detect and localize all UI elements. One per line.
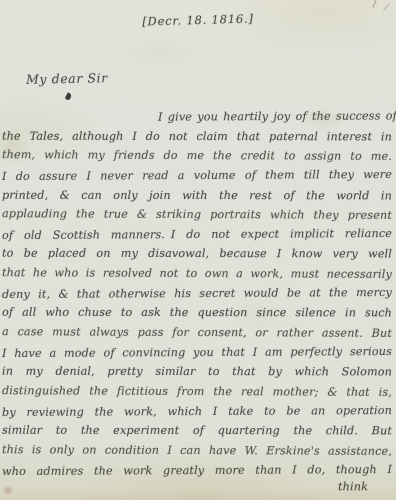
manuscript-line: printed, & can only join with the rest o… (2, 185, 392, 205)
manuscript-line: this is only on condition I can have W. … (2, 440, 392, 461)
salutation: My dear Sir (26, 70, 108, 86)
manuscript-line: them, which my friends do me the credit … (2, 145, 392, 166)
pencil-annotation: 1 / (370, 0, 391, 14)
manuscript-line: in my denial, pretty similar to that by … (2, 362, 392, 382)
manuscript-line: distinguished the fictitious from the re… (2, 381, 392, 402)
manuscript-line: applauding the true & striking portraits… (2, 204, 392, 225)
manuscript-line: similar to the experiment of quartering … (2, 421, 392, 441)
date-annotation: [Decr. 18. 1816.] (132, 11, 264, 29)
manuscript-line: that he who is resolved not to own a wor… (2, 263, 392, 284)
manuscript-line: who admires the work greatly more than I… (2, 460, 392, 482)
letter-body: I give you heartily joy of the success o… (2, 107, 392, 496)
manuscript-line: I give you heartily joy of the success o… (158, 106, 392, 127)
manuscript-line: the Tales, although I do not claim that … (2, 126, 392, 146)
manuscript-line: a case must always pass for consent, or … (2, 322, 392, 343)
manuscript-line: of old Scottish manners. I do not expect… (2, 224, 392, 246)
manuscript-page: 1 / [Decr. 18. 1816.] My dear Sir I give… (0, 0, 396, 500)
ink-blot (65, 92, 73, 101)
manuscript-line: deny it, & that otherwise his secret wou… (2, 283, 392, 305)
manuscript-line: I do assure I never read a volume of the… (2, 165, 392, 187)
catchword: think (2, 480, 392, 497)
paper-stain (120, 40, 200, 66)
manuscript-line: of all who chuse to ask the question sin… (2, 303, 392, 323)
manuscript-line: I have a mode of convincing you that I a… (2, 342, 392, 364)
manuscript-line: to be placed on my disavowal, because I … (2, 244, 392, 264)
manuscript-line: by reviewing the work, which I take to b… (2, 401, 392, 423)
